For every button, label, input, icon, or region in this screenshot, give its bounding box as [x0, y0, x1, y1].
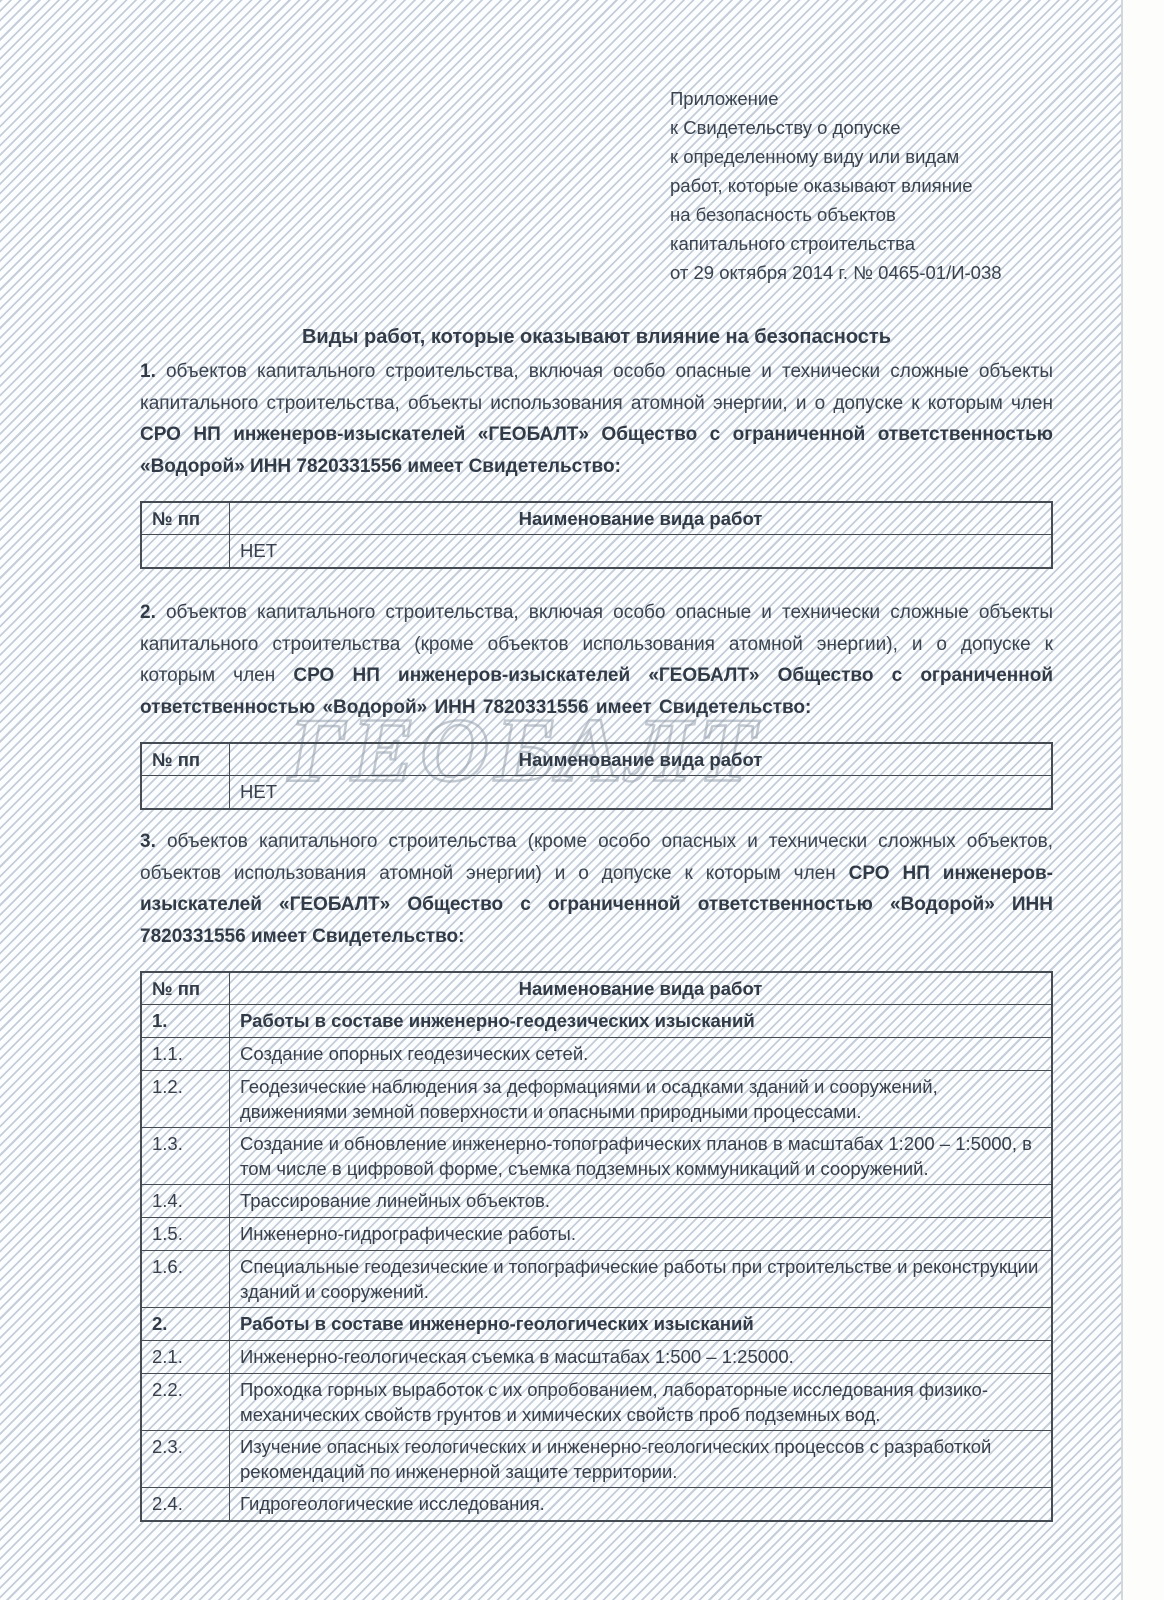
work-name-cell: НЕТ — [230, 776, 1053, 810]
table-row: 1.3.Создание и обновление инженерно-топо… — [141, 1128, 1052, 1185]
table-row: 1.2.Геодезические наблюдения за деформац… — [141, 1071, 1052, 1128]
scan-right-margin — [1123, 0, 1164, 1600]
paragraph-3-number: 3. — [140, 831, 156, 852]
table-row: 1.4.Трассирование линейных объектов. — [141, 1185, 1052, 1218]
table-row: 2.3.Изучение опасных геологических и инж… — [141, 1431, 1052, 1488]
column-header-number: № пп — [141, 972, 230, 1005]
table-header-row: № пп Наименование вида работ — [141, 502, 1052, 535]
table-row: 2.4.Гидрогеологические исследования. — [141, 1488, 1052, 1522]
row-number-cell: 1. — [141, 1005, 230, 1038]
page-title: Виды работ, которые оказывают влияние на… — [140, 324, 1053, 350]
column-header-name: Наименование вида работ — [230, 502, 1053, 535]
work-name-cell: Создание и обновление инженерно-топограф… — [230, 1128, 1053, 1185]
work-name-cell: Изучение опасных геологических и инженер… — [230, 1431, 1053, 1488]
work-name-cell: Работы в составе инженерно-геодезических… — [230, 1005, 1053, 1038]
work-name-cell: Проходка горных выработок с их опробован… — [230, 1374, 1053, 1431]
table-row: 2.2.Проходка горных выработок с их опроб… — [141, 1374, 1052, 1431]
paragraph-2-number: 2. — [140, 602, 156, 623]
work-name-cell: Работы в составе инженерно-геологических… — [230, 1308, 1053, 1341]
table-row: 1.Работы в составе инженерно-геодезическ… — [141, 1005, 1052, 1038]
works-table-3: № пп Наименование вида работ 1.Работы в … — [140, 971, 1053, 1522]
paragraph-3: 3. объектов капитального строительства (… — [140, 826, 1053, 952]
table-row: 1.5.Инженерно-гидрографические работы. — [141, 1218, 1052, 1251]
row-number-cell — [141, 776, 230, 810]
row-number-cell: 2. — [141, 1308, 230, 1341]
work-name-cell: Трассирование линейных объектов. — [230, 1185, 1053, 1218]
document-body: Виды работ, которые оказывают влияние на… — [140, 0, 1053, 1522]
work-name-cell: Геодезические наблюдения за деформациями… — [230, 1071, 1053, 1128]
column-header-number: № пп — [141, 743, 230, 776]
work-name-cell: Гидрогеологические исследования. — [230, 1488, 1053, 1522]
paragraph-1-bold-text: СРО НП инженеров-изыскателей «ГЕОБАЛТ» О… — [140, 424, 1053, 477]
row-number-cell: 2.2. — [141, 1374, 230, 1431]
work-name-cell: Инженерно-гидрографические работы. — [230, 1218, 1053, 1251]
row-number-cell: 1.2. — [141, 1071, 230, 1128]
row-number-cell: 1.1. — [141, 1038, 230, 1071]
table-header-row: № пп Наименование вида работ — [141, 743, 1052, 776]
row-number-cell: 2.4. — [141, 1488, 230, 1522]
paragraph-1: 1. объектов капитального строительства, … — [140, 356, 1053, 482]
work-name-cell: Специальные геодезические и топографичес… — [230, 1251, 1053, 1308]
row-number-cell: 2.3. — [141, 1431, 230, 1488]
row-number-cell — [141, 535, 230, 569]
row-number-cell: 1.6. — [141, 1251, 230, 1308]
paragraph-1-number: 1. — [140, 361, 156, 382]
work-name-cell: НЕТ — [230, 535, 1053, 569]
row-number-cell: 1.3. — [141, 1128, 230, 1185]
table-row: НЕТ — [141, 776, 1052, 810]
column-header-name: Наименование вида работ — [230, 743, 1053, 776]
column-header-name: Наименование вида работ — [230, 972, 1053, 1005]
table-row: 1.6.Специальные геодезические и топограф… — [141, 1251, 1052, 1308]
paragraph-1-text: объектов капитального строительства, вкл… — [140, 361, 1053, 414]
table-header-row: № пп Наименование вида работ — [141, 972, 1052, 1005]
work-name-cell: Создание опорных геодезических сетей. — [230, 1038, 1053, 1071]
row-number-cell: 2.1. — [141, 1341, 230, 1374]
row-number-cell: 1.4. — [141, 1185, 230, 1218]
row-number-cell: 1.5. — [141, 1218, 230, 1251]
table-row: НЕТ — [141, 535, 1052, 569]
table-row: 2.1.Инженерно-геологическая съемка в мас… — [141, 1341, 1052, 1374]
work-name-cell: Инженерно-геологическая съемка в масштаб… — [230, 1341, 1053, 1374]
works-table-2: № пп Наименование вида работ НЕТ — [140, 742, 1053, 810]
column-header-number: № пп — [141, 502, 230, 535]
table-row: 1.1.Создание опорных геодезических сетей… — [141, 1038, 1052, 1071]
paragraph-2: 2. объектов капитального строительства, … — [140, 597, 1053, 723]
table-row: 2.Работы в составе инженерно-геологическ… — [141, 1308, 1052, 1341]
works-table-1: № пп Наименование вида работ НЕТ — [140, 501, 1053, 569]
